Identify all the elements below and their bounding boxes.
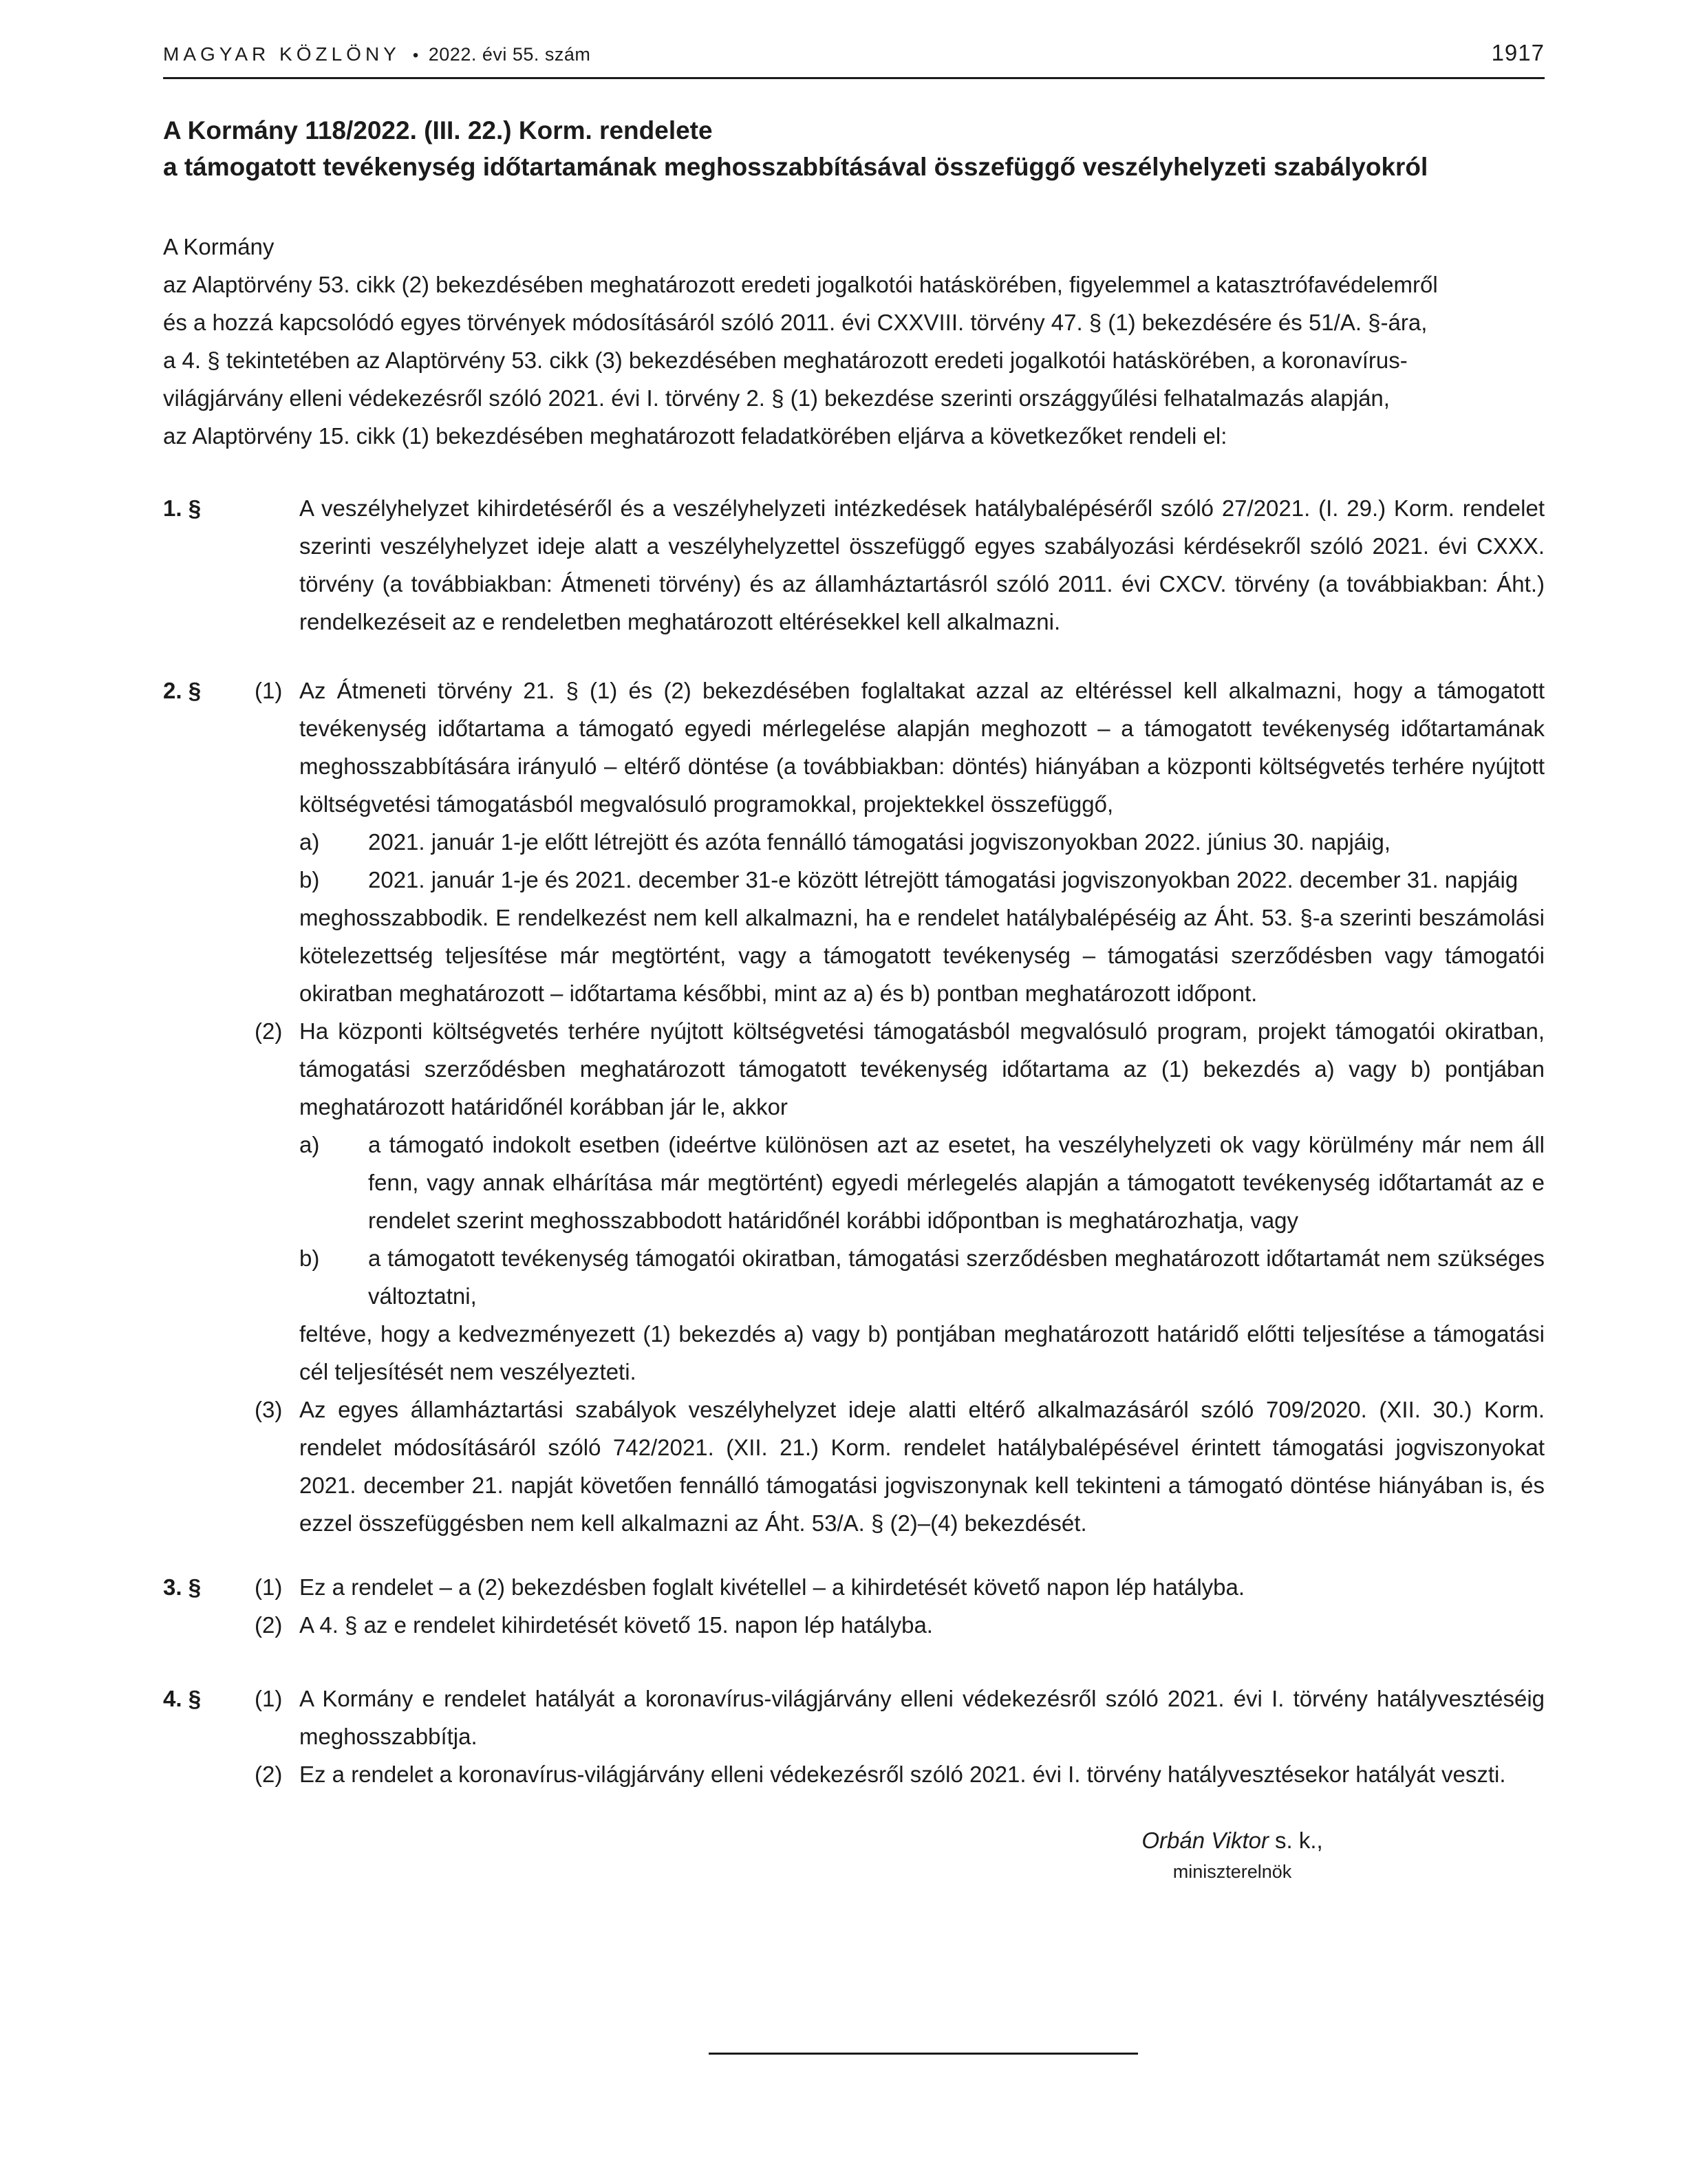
item-label: a) [299, 1126, 368, 1239]
section-4: 4. § (1) A Kormány e rendelet hatályát a… [163, 1680, 1545, 1793]
section-label: 2. § [163, 672, 255, 1542]
list-item-a: a) a támogató indokolt esetben (ideértve… [299, 1126, 1545, 1239]
paragraph-body: Ez a rendelet a koronavírus-világjárvány… [299, 1755, 1545, 1793]
section-2: 2. § (1) Az Átmeneti törvény 21. § (1) é… [163, 672, 1545, 1542]
issue-number: 2022. évi 55. szám [429, 44, 591, 65]
preamble-line: az Alaptörvény 15. cikk (1) bekezdésében… [163, 417, 1545, 455]
paragraph-body: Az Átmeneti törvény 21. § (1) és (2) bek… [299, 672, 1545, 1012]
paragraph-body: Ha központi költségvetés terhére nyújtot… [299, 1012, 1545, 1391]
paragraph: (1) A Kormány e rendelet hatályát a koro… [255, 1680, 1545, 1755]
issue-label: •2022. évi 55. szám [413, 44, 591, 65]
gazette-page: MAGYAR KÖZLÖNY •2022. évi 55. szám 1917 … [0, 0, 1707, 2184]
paragraph: (2) A 4. § az e rendelet kihirdetését kö… [255, 1606, 1545, 1644]
paragraph-text: A 4. § az e rendelet kihirdetését követő… [299, 1606, 1545, 1644]
paragraph-body: Az egyes államháztartási szabályok veszé… [299, 1391, 1545, 1542]
list-item-a: a) 2021. január 1-je előtt létrejött és … [299, 823, 1545, 861]
preamble: A Kormány az Alaptörvény 53. cikk (2) be… [163, 228, 1545, 455]
signature-line: Orbán Viktors. k., [920, 1823, 1545, 1858]
decree-subtitle: a támogatott tevékenység időtartamának m… [163, 149, 1545, 185]
header-left: MAGYAR KÖZLÖNY •2022. évi 55. szám [163, 43, 590, 65]
paragraph: (2) Ha központi költségvetés terhére nyú… [255, 1012, 1545, 1391]
signature-block: Orbán Viktors. k., miniszterelnök [920, 1823, 1545, 1885]
paragraph-text: Ha központi költségvetés terhére nyújtot… [299, 1012, 1545, 1126]
paragraph: (2) Ez a rendelet a koronavírus-világjár… [255, 1755, 1545, 1793]
paragraph-body: Ez a rendelet – a (2) bekezdésben foglal… [299, 1568, 1545, 1606]
signature-name: Orbán Viktor [1141, 1828, 1269, 1853]
paragraph-number: (1) [255, 1568, 299, 1606]
section-label: 4. § [163, 1680, 255, 1793]
section-3: 3. § (1) Ez a rendelet – a (2) bekezdésb… [163, 1568, 1545, 1644]
paragraph-number: (2) [255, 1755, 299, 1793]
item-label: b) [299, 1239, 368, 1315]
paragraph-body: A veszélyhelyzet kihirdetéséről és a ves… [299, 489, 1545, 641]
item-text: 2021. január 1-je előtt létrejött és azó… [368, 823, 1545, 861]
journal-title: MAGYAR KÖZLÖNY [163, 43, 400, 65]
item-text: a támogató indokolt esetben (ideértve kü… [368, 1126, 1545, 1239]
section-body: (1) Ez a rendelet – a (2) bekezdésben fo… [255, 1568, 1545, 1644]
item-label: a) [299, 823, 368, 861]
paragraph-body: A Kormány e rendelet hatályát a koronaví… [299, 1680, 1545, 1755]
list-item-b: b) a támogatott tevékenység támogatói ok… [299, 1239, 1545, 1315]
paragraph-closing-text: meghosszabbodik. E rendelkezést nem kell… [299, 899, 1545, 1012]
paragraph-text: A veszélyhelyzet kihirdetéséről és a ves… [299, 489, 1545, 641]
paragraph: (1) Az Átmeneti törvény 21. § (1) és (2)… [255, 672, 1545, 1012]
item-text: 2021. január 1-je és 2021. december 31-e… [368, 861, 1545, 899]
paragraph-text: Az egyes államháztartási szabályok veszé… [299, 1391, 1545, 1542]
section-label: 1. § [163, 489, 255, 641]
paragraph-number: (2) [255, 1012, 299, 1391]
section-label: 3. § [163, 1568, 255, 1644]
preamble-line: világjárvány elleni védekezésről szóló 2… [163, 379, 1545, 417]
decree-title: A Kormány 118/2022. (III. 22.) Korm. ren… [163, 112, 1545, 149]
header-rule [163, 77, 1545, 79]
section-body: (1) Az Átmeneti törvény 21. § (1) és (2)… [255, 672, 1545, 1542]
paragraph-number: (2) [255, 1606, 299, 1644]
paragraph: (1) Ez a rendelet – a (2) bekezdésben fo… [255, 1568, 1545, 1606]
signature-suffix: s. k., [1275, 1828, 1323, 1853]
paragraph: (3) Az egyes államháztartási szabályok v… [255, 1391, 1545, 1542]
section-body: A veszélyhelyzet kihirdetéséről és a ves… [255, 489, 1545, 641]
preamble-line: az Alaptörvény 53. cikk (2) bekezdésében… [163, 266, 1545, 303]
paragraph-text: Ez a rendelet – a (2) bekezdésben foglal… [299, 1568, 1545, 1606]
decree-title-block: A Kormány 118/2022. (III. 22.) Korm. ren… [163, 112, 1545, 185]
paragraph: A veszélyhelyzet kihirdetéséről és a ves… [255, 489, 1545, 641]
paragraph-closing-text: feltéve, hogy a kedvezményezett (1) beke… [299, 1315, 1545, 1391]
paragraph-body: A 4. § az e rendelet kihirdetését követő… [299, 1606, 1545, 1644]
section-1: 1. § A veszélyhelyzet kihirdetéséről és … [163, 489, 1545, 641]
paragraph-number [255, 489, 299, 641]
running-header: MAGYAR KÖZLÖNY •2022. évi 55. szám 1917 [163, 0, 1545, 66]
page-content: MAGYAR KÖZLÖNY •2022. évi 55. szám 1917 … [163, 0, 1545, 1885]
paragraph-number: (1) [255, 1680, 299, 1755]
list-item-b: b) 2021. január 1-je és 2021. december 3… [299, 861, 1545, 899]
preamble-line: a 4. § tekintetében az Alaptörvény 53. c… [163, 341, 1545, 379]
paragraph-text: A Kormány e rendelet hatályát a koronaví… [299, 1680, 1545, 1755]
section-body: (1) A Kormány e rendelet hatályát a koro… [255, 1680, 1545, 1793]
bullet-separator: • [413, 46, 419, 65]
paragraph-number: (1) [255, 672, 299, 1012]
paragraph-text: Ez a rendelet a koronavírus-világjárvány… [299, 1755, 1545, 1793]
preamble-line: A Kormány [163, 228, 1545, 266]
paragraph-number: (3) [255, 1391, 299, 1542]
decree-end-rule [709, 2053, 1138, 2055]
signature-role: miniszterelnök [920, 1858, 1545, 1885]
preamble-line: és a hozzá kapcsolódó egyes törvények mó… [163, 303, 1545, 341]
paragraph-text: Az Átmeneti törvény 21. § (1) és (2) bek… [299, 672, 1545, 823]
item-label: b) [299, 861, 368, 899]
page-number: 1917 [1492, 40, 1545, 66]
item-text: a támogatott tevékenység támogatói okira… [368, 1239, 1545, 1315]
